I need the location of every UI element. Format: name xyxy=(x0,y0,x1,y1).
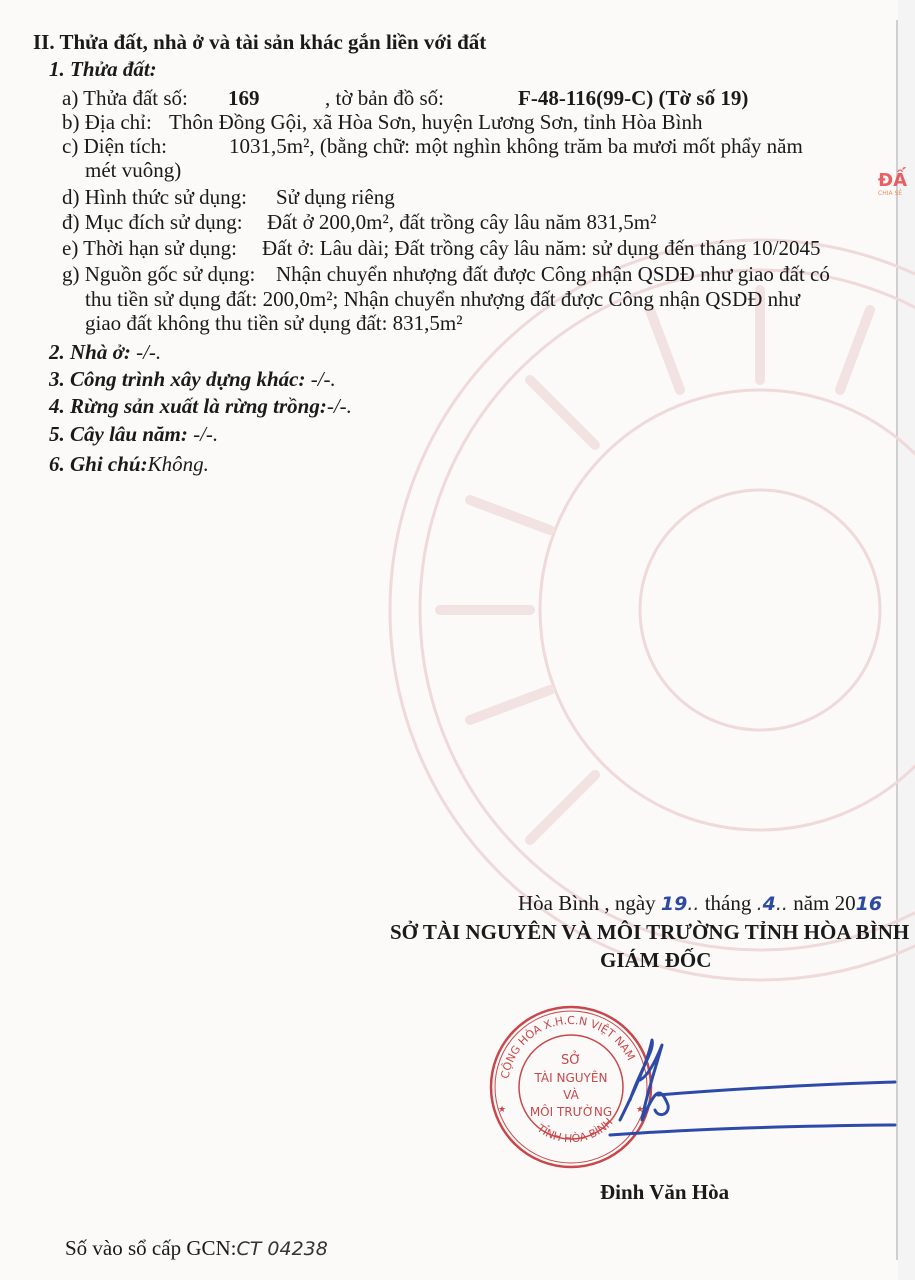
signer-name: Đinh Văn Hòa xyxy=(600,1180,729,1204)
usage-form-label: d) Hình thức sử dụng: xyxy=(62,185,247,209)
plot-number-value: 169 xyxy=(228,86,260,110)
plot-number-label: a) Thửa đất số: xyxy=(62,86,188,110)
svg-text:★: ★ xyxy=(498,1104,506,1114)
origin-value-3: giao đất không thu tiền sử dụng đất: 831… xyxy=(85,311,463,335)
origin-value-1: Nhận chuyển nhượng đất được Công nhận QS… xyxy=(276,262,830,286)
address-label: b) Địa chỉ: xyxy=(62,110,152,134)
signer-title: GIÁM ĐỐC xyxy=(600,948,711,972)
usage-form-value: Sử dụng riêng xyxy=(276,185,395,209)
item-production-forest: 4. Rừng sản xuất là rừng trồng:-/-. xyxy=(49,394,352,418)
signing-date: Hòa Bình , ngày 19.. tháng .4.. năm 2016 xyxy=(518,891,882,916)
usage-purpose-value: Đất ở 200,0m², đất trồng cây lâu năm 831… xyxy=(267,210,656,234)
signing-year: 16 xyxy=(856,893,882,915)
area-value: 1031,5m², (bằng chữ: một nghìn không tră… xyxy=(229,134,803,158)
origin-label: g) Nguồn gốc sử dụng: xyxy=(62,262,255,286)
usage-purpose-label: đ) Mục đích sử dụng: xyxy=(62,210,243,234)
usage-term-value: Đất ở: Lâu dài; Đất trồng cây lâu năm: s… xyxy=(262,236,820,260)
signing-month: 4 xyxy=(763,893,776,915)
brand-tagline: CHIA SẺ xyxy=(878,190,907,198)
item-other-construction: 3. Công trình xây dựng khác: -/-. xyxy=(49,367,336,391)
land-plot-heading: 1. Thửa đất: xyxy=(49,57,157,81)
svg-text:TÀI NGUYÊN: TÀI NGUYÊN xyxy=(534,1070,608,1085)
area-value-cont: mét vuông) xyxy=(85,158,181,182)
address-value: Thôn Đồng Gội, xã Hòa Sơn, huyện Lương S… xyxy=(169,110,703,134)
usage-term-label: e) Thời hạn sử dụng: xyxy=(62,236,237,260)
signing-day: 19 xyxy=(661,893,687,915)
map-sheet-label: , tờ bản đồ số: xyxy=(325,86,444,110)
section-title: II. Thửa đất, nhà ở và tài sản khác gắn … xyxy=(33,30,486,54)
item-perennial-trees: 5. Cây lâu năm: -/-. xyxy=(49,422,218,446)
origin-value-2: thu tiền sử dụng đất: 200,0m²; Nhận chuy… xyxy=(85,287,800,311)
gcn-number: CT 04238 xyxy=(237,1238,328,1260)
area-label: c) Diện tích: xyxy=(62,134,167,158)
item-notes: 6. Ghi chú:Không. xyxy=(49,452,209,476)
gcn-entry: Số vào sổ cấp GCN:CT 04238 xyxy=(65,1236,328,1261)
director-signature xyxy=(600,1030,900,1140)
item-house: 2. Nhà ở: -/-. xyxy=(49,340,161,364)
emblem-watermark xyxy=(380,230,915,990)
map-sheet-value: F-48-116(99-C) (Tờ số 19) xyxy=(518,86,748,110)
brand-watermark: ĐẤ CHIA SẺ xyxy=(878,172,907,198)
svg-text:SỞ: SỞ xyxy=(561,1051,581,1068)
issuing-authority: SỞ TÀI NGUYÊN VÀ MÔI TRƯỜNG TỈNH HÒA BÌN… xyxy=(390,920,909,944)
brand-logo: ĐẤ xyxy=(878,170,907,191)
svg-text:VÀ: VÀ xyxy=(563,1087,579,1102)
